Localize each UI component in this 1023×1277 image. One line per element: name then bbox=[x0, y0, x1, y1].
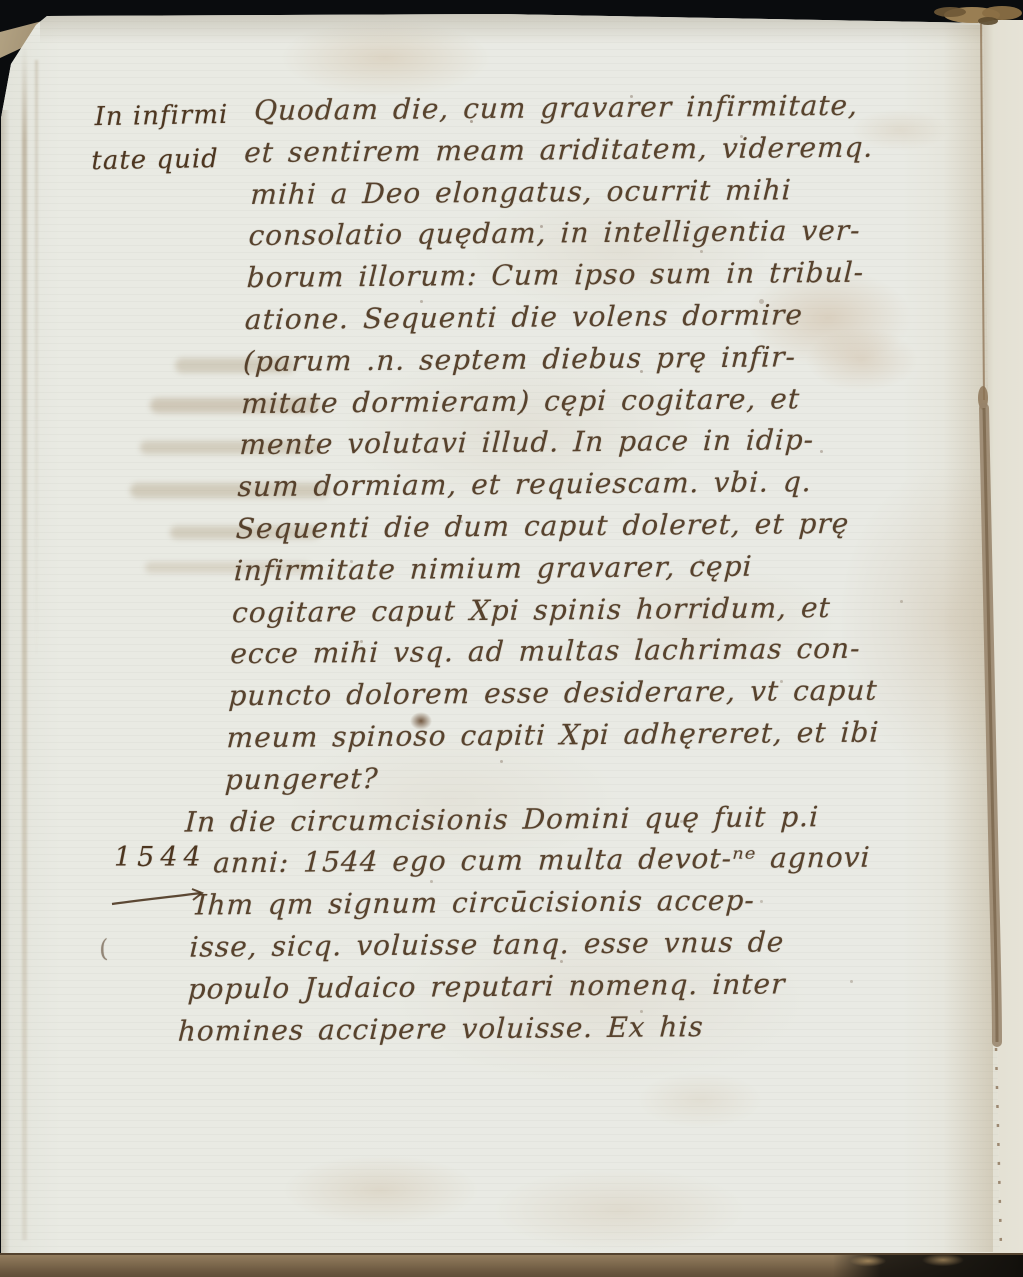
manuscript-line: pungeret? bbox=[224, 753, 931, 801]
manuscript-line: meum spinoso capiti Xpi adhęreret, et ib… bbox=[226, 711, 933, 759]
manuscript-line: Ihm qm signum circūcisionis accep- bbox=[194, 878, 925, 926]
manuscript-line: isse, sicq. voluisse tanq. esse vnus de bbox=[189, 920, 924, 968]
manuscript-line: borum illorum: Cum ipso sum in tribul- bbox=[246, 251, 953, 299]
scanned-book-photo: In infirmi tate quid 1544 ( Quodam die, … bbox=[0, 0, 1023, 1277]
manuscript-line: mente volutavi illud. In pace in idip- bbox=[239, 418, 946, 466]
manuscript-line: Sequenti die dum caput doleret, et prę bbox=[235, 502, 942, 550]
manuscript-line: homines accipere voluisse. Ex his bbox=[177, 1004, 920, 1052]
manuscript-line: mihi a Deo elongatus, ocurrit mihi bbox=[250, 167, 957, 215]
margin-note-line2: tate quid bbox=[91, 137, 229, 183]
margin-note-line1: In infirmi bbox=[94, 93, 228, 139]
left-fold-line bbox=[22, 45, 27, 1240]
manuscript-line: sum dormiam, et requiescam. vbi. q. bbox=[237, 460, 944, 508]
manuscript-line: In die circumcisionis Domini quę fuit p.… bbox=[184, 795, 929, 843]
manuscript-line: consolatio quędam, in intelligentia ver- bbox=[248, 209, 955, 257]
margin-note-heading: In infirmi tate quid bbox=[94, 93, 229, 183]
top-edge-shadow bbox=[40, 14, 990, 44]
manuscript-text-block: Quodam die, cum gravarer infirmitate, et… bbox=[213, 84, 960, 1052]
manuscript-line: (parum .n. septem diebus prę infir- bbox=[242, 335, 949, 383]
manuscript-line: ecce mihi vsq. ad multas lachrimas con- bbox=[229, 627, 936, 675]
manuscript-line: populo Judaico reputari nomenq. inter bbox=[187, 962, 922, 1010]
manuscript-line: Quodam die, cum gravarer infirmitate, bbox=[253, 84, 960, 132]
manuscript-line: mitate dormieram) cępi cogitare, et bbox=[240, 377, 947, 425]
manuscript-line: anni: 1544 ego cum multa devot-ⁿᵉ agnovi bbox=[212, 837, 927, 885]
manuscript-line: infirmitate nimium gravarer, cępi bbox=[233, 544, 940, 592]
margin-year-note: 1544 bbox=[114, 842, 207, 873]
left-fold-line-2 bbox=[35, 60, 38, 660]
manuscript-line: puncto dolorem esse desiderare, vt caput bbox=[228, 669, 935, 717]
left-edge-shadow bbox=[1, 110, 10, 1253]
manuscript-line: et sentirem meam ariditatem, videremq. bbox=[243, 126, 958, 174]
book-bottom-edge bbox=[0, 1253, 1023, 1277]
manuscript-line: cogitare caput Xpi spinis horridum, et bbox=[231, 586, 938, 634]
manuscript-page: In infirmi tate quid 1544 ( Quodam die, … bbox=[0, 0, 1023, 1277]
book-bottom-edge-dark bbox=[833, 1255, 1023, 1277]
manuscript-line: atione. Sequenti die volens dormire bbox=[244, 293, 951, 341]
